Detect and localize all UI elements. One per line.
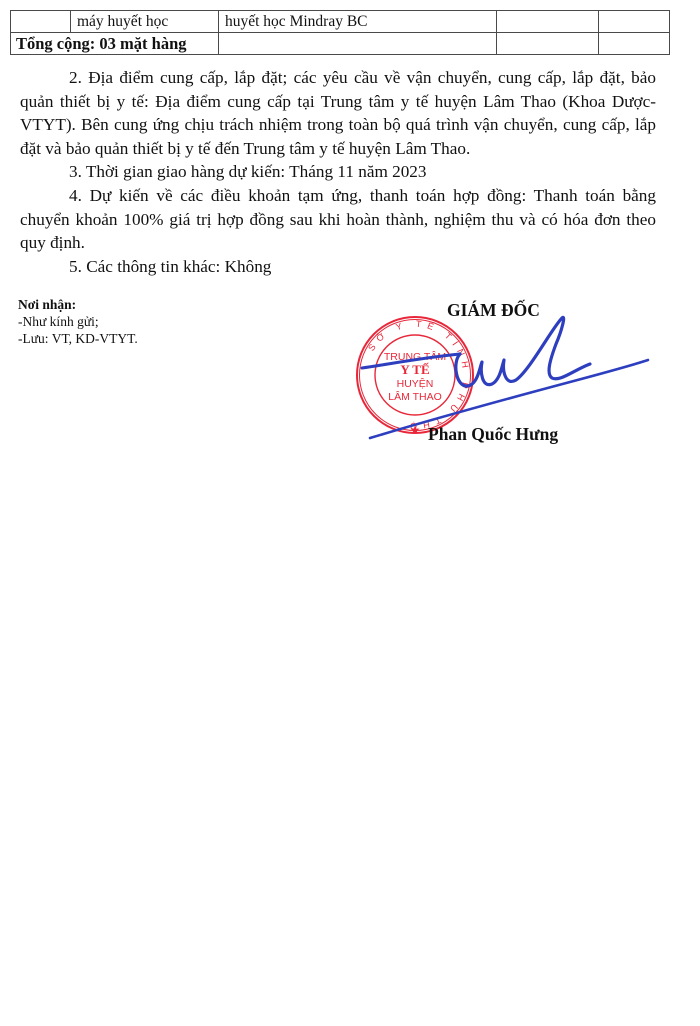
table-cell-empty xyxy=(219,33,497,55)
table-cell-index xyxy=(11,11,71,33)
paragraph-delivery-time: 3. Thời gian giao hàng dự kiến: Tháng 11… xyxy=(20,160,656,184)
total-label: Tổng cộng: 03 mặt hàng xyxy=(11,33,219,55)
table-cell-item-name: máy huyết học xyxy=(71,11,219,33)
recipients-block: Nơi nhận: -Như kính gửi; -Lưu: VT, KD-VT… xyxy=(18,296,138,347)
table-cell-empty xyxy=(599,33,670,55)
table-total-row: Tổng cộng: 03 mặt hàng xyxy=(11,33,670,55)
paragraph-delivery-location: 2. Địa điểm cung cấp, lắp đặt; các yêu c… xyxy=(20,66,656,160)
table-cell-empty xyxy=(497,11,599,33)
recipients-heading: Nơi nhận: xyxy=(18,296,138,313)
paragraph-payment-terms: 4. Dự kiến về các điều khoản tạm ứng, th… xyxy=(20,184,656,255)
table-cell-empty xyxy=(599,11,670,33)
recipient-item: -Như kính gửi; xyxy=(18,313,138,330)
items-table: máy huyết học huyết học Mindray BC Tổng … xyxy=(10,10,670,55)
paragraph-other-info: 5. Các thông tin khác: Không xyxy=(20,255,656,279)
document-body: 2. Địa điểm cung cấp, lắp đặt; các yêu c… xyxy=(20,66,656,278)
signer-name: Phan Quốc Hưng xyxy=(428,424,558,445)
recipient-item: -Lưu: VT, KD-VTYT. xyxy=(18,330,138,347)
table-cell-specification: huyết học Mindray BC xyxy=(219,11,497,33)
table-row: máy huyết học huyết học Mindray BC xyxy=(11,11,670,33)
table-cell-empty xyxy=(497,33,599,55)
